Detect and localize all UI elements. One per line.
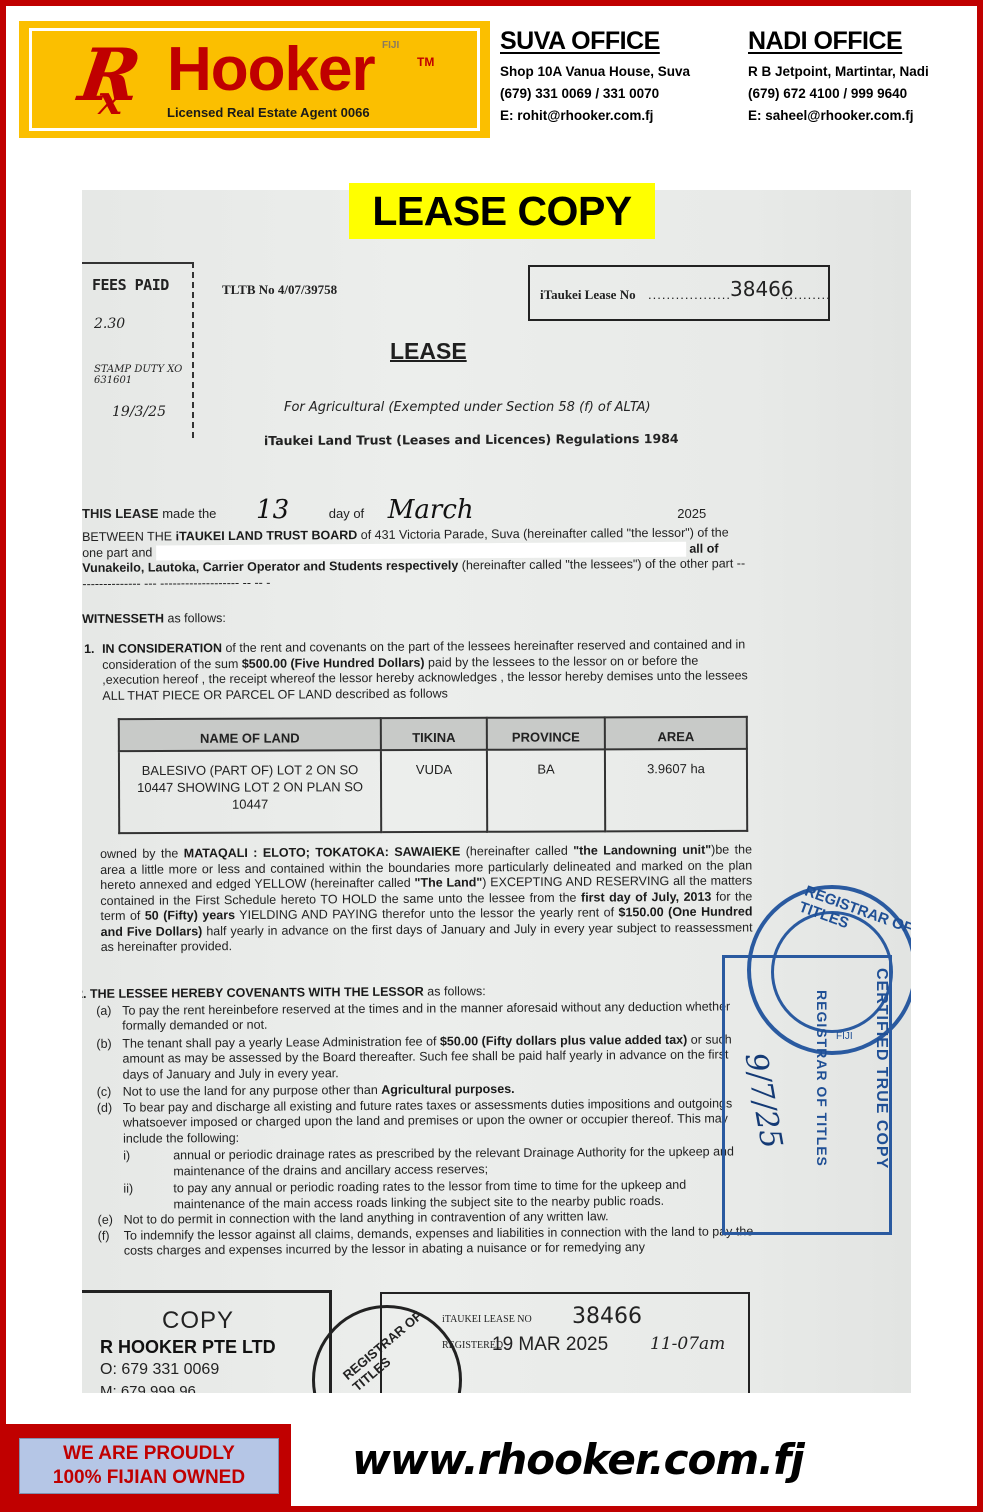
witnesseth: WITNESSETH as follows: bbox=[82, 607, 747, 627]
column-header: PROVINCE bbox=[487, 717, 605, 749]
para-bold: "the Landowning unit" bbox=[573, 843, 711, 858]
cell-province: BA bbox=[487, 749, 605, 831]
cell-land-name: BALESIVO (PART OF) LOT 2 ON SO 10447 SHO… bbox=[119, 750, 381, 833]
item-text: Not to use the land for any purpose othe… bbox=[123, 1083, 382, 1099]
para-bold: "The Land" bbox=[414, 875, 482, 889]
office-address: Shop 10A Vanua House, Suva bbox=[500, 61, 690, 83]
logo-monogram-x: x bbox=[98, 77, 122, 124]
item-label: (b) bbox=[96, 1036, 111, 1052]
item-label: i) bbox=[123, 1149, 130, 1165]
column-header: NAME OF LAND bbox=[119, 718, 381, 751]
made-day-of: day of bbox=[329, 506, 364, 521]
clause-2-item-b: (b) The tenant shall pay a yearly Lease … bbox=[82, 1032, 757, 1083]
para-text: owned by the bbox=[100, 846, 184, 861]
certified-text: CERTIFIED TRUE COPY bbox=[872, 968, 890, 1169]
clause-number: 1. bbox=[84, 642, 95, 658]
column-header: AREA bbox=[605, 717, 747, 749]
office-email[interactable]: E: saheel@rhooker.com.fj bbox=[748, 105, 929, 127]
clause-2-item-d: (d) To bear pay and discharge all existi… bbox=[82, 1096, 757, 1147]
item-text: To indemnify the lessor against all clai… bbox=[124, 1224, 754, 1258]
fees-paid-stamp: FEES PAID 2.30 STAMP DUTY XO 631601 19/3… bbox=[82, 262, 194, 438]
item-text: annual or periodic drainage rates as pre… bbox=[173, 1144, 734, 1177]
logo-country-tag: FIJI bbox=[382, 40, 399, 51]
copy-office-phone: O: 679 331 0069 bbox=[100, 1361, 219, 1379]
between-text: BETWEEN THE bbox=[82, 529, 176, 544]
logo-brand: Hooker bbox=[167, 37, 375, 103]
land-description-table: NAME OF LAND TIKINA PROVINCE AREA BALESI… bbox=[118, 716, 748, 834]
reg-lease-label: iTAUKEI LEASE NO bbox=[442, 1314, 532, 1325]
fees-amount: 2.30 bbox=[94, 316, 125, 332]
made-year: 2025 bbox=[677, 506, 706, 521]
made-month: March bbox=[388, 495, 474, 525]
lease-no-label: iTaukei Lease No bbox=[540, 287, 636, 303]
registrar-text: REGISTRAR OF TITLES bbox=[814, 990, 830, 1167]
table-row: BALESIVO (PART OF) LOT 2 ON SO 10447 SHO… bbox=[119, 749, 747, 833]
clause-1: 1. IN CONSIDERATION of the rent and cove… bbox=[84, 637, 749, 704]
made-day: 13 bbox=[256, 495, 289, 525]
all-of: all of bbox=[686, 541, 719, 555]
rhooker-copy-stamp: COPY R HOOKER PTE LTD O: 679 331 0069 M:… bbox=[82, 1290, 332, 1393]
permitted-use: Agricultural purposes. bbox=[381, 1082, 514, 1097]
lessees-location: Vunakeilo, Lautoka, Carrier Operator and… bbox=[82, 558, 458, 575]
owned-paragraph: owned by the MATAQALI : ELOTO; TOKATOKA:… bbox=[100, 842, 753, 955]
clause-2-item-d-ii: ii) to pay any annual or periodic roadin… bbox=[82, 1177, 758, 1213]
landowning-unit: MATAQALI : ELOTO; TOKATOKA: SAWAIEKE bbox=[184, 844, 461, 860]
document-title: LEASE bbox=[390, 338, 467, 365]
cell-tikina: VUDA bbox=[381, 750, 487, 832]
column-header: TIKINA bbox=[381, 718, 487, 750]
fees-date: 19/3/25 bbox=[112, 404, 166, 420]
clause-2: 2. THE LESSEE HEREBY COVENANTS WITH THE … bbox=[82, 982, 758, 1259]
clause-bold: THE LESSEE HEREBY COVENANTS WITH THE LES… bbox=[90, 985, 424, 1001]
reg-date: 19 MAR 2025 bbox=[492, 1334, 608, 1356]
para-text: (hereinafter called bbox=[460, 844, 573, 859]
dotted-leader: ........... bbox=[780, 287, 831, 302]
item-label: (a) bbox=[96, 1003, 111, 1019]
item-label: ii) bbox=[123, 1182, 133, 1198]
proud-line-1: WE ARE PROUDLY bbox=[63, 1442, 235, 1466]
witnesseth-rest: as follows: bbox=[164, 611, 226, 625]
logo-inner: R x Hooker FIJI TM Licensed Real Estate … bbox=[29, 28, 480, 131]
admin-fee: $50.00 (Fifty dollars plus value added t… bbox=[440, 1032, 687, 1048]
dotted-leader: .................. bbox=[648, 287, 731, 302]
fijian-owned-badge: WE ARE PROUDLY 100% FIJIAN OWNED bbox=[19, 1438, 279, 1494]
clause-bold: IN CONSIDERATION bbox=[102, 641, 222, 656]
suva-office: SUVA OFFICE Shop 10A Vanua House, Suva (… bbox=[500, 27, 690, 127]
table-header-row: NAME OF LAND TIKINA PROVINCE AREA bbox=[119, 717, 747, 751]
scanned-lease-document: FEES PAID 2.30 STAMP DUTY XO 631601 19/3… bbox=[82, 190, 911, 1393]
made-prefix: THIS LEASE bbox=[82, 506, 159, 521]
logo-trademark: TM bbox=[417, 55, 434, 69]
office-phone: (679) 331 0069 / 331 0070 bbox=[500, 83, 690, 105]
reg-lease-no: 38466 bbox=[572, 1304, 642, 1329]
copy-company: R HOOKER PTE LTD bbox=[100, 1337, 276, 1358]
item-label: (f) bbox=[98, 1228, 110, 1244]
lease-term: 50 (Fifty) years bbox=[145, 908, 235, 923]
itaukei-lease-no-box: iTaukei Lease No .................. 3846… bbox=[528, 265, 830, 321]
item-text: To bear pay and discharge all existing a… bbox=[123, 1096, 732, 1145]
item-label: (d) bbox=[97, 1100, 112, 1116]
reg-time: 11-07am bbox=[650, 1334, 725, 1354]
registration-stamp: iTAUKEI LEASE NO 38466 REGISTERED 19 MAR… bbox=[380, 1292, 750, 1393]
clause-text: as follows: bbox=[424, 984, 486, 998]
lease-made-line: THIS LEASE made the 13 day of March 2025 bbox=[82, 495, 842, 525]
regulations-line: iTaukei Land Trust (Leases and Licences)… bbox=[264, 431, 679, 448]
website-link[interactable]: www.rhooker.com.fj bbox=[352, 1435, 804, 1484]
between-paragraph: BETWEEN THE iTAUKEI LAND TRUST BOARD of … bbox=[82, 525, 747, 592]
copy-mobile: M: 679 999 96 bbox=[100, 1383, 196, 1393]
office-email[interactable]: E: rohit@rhooker.com.fj bbox=[500, 105, 690, 127]
clause-bold: $500.00 (Five Hundred Dollars) bbox=[242, 655, 425, 670]
fees-title: FEES PAID bbox=[92, 276, 169, 294]
logo-license: Licensed Real Estate Agent 0066 bbox=[167, 105, 370, 120]
proud-line-2: 100% FIJIAN OWNED bbox=[53, 1466, 245, 1490]
clause-2-item-d-i: i) annual or periodic drainage rates as … bbox=[82, 1144, 757, 1180]
certified-true-copy-stamp: REGISTRAR OF TITLES FIJI CERTIFIED TRUE … bbox=[722, 880, 911, 1240]
lease-copy-banner: LEASE COPY bbox=[349, 183, 655, 239]
board-name: iTAUKEI LAND TRUST BOARD bbox=[176, 528, 358, 543]
document-subtitle: For Agricultural (Exempted under Section… bbox=[284, 400, 651, 415]
office-phone: (679) 672 4100 / 999 9640 bbox=[748, 83, 929, 105]
clause-2-item-f: (f) To indemnify the lessor against all … bbox=[82, 1224, 758, 1260]
copy-title: COPY bbox=[162, 1307, 234, 1335]
para-text: YIELDING AND PAYING therefor unto the le… bbox=[235, 905, 619, 922]
clause-2-item-a: (a) To pay the rent hereinbefore reserve… bbox=[82, 999, 756, 1035]
nadi-office: NADI OFFICE R B Jetpoint, Martintar, Nad… bbox=[748, 27, 929, 127]
item-label: (c) bbox=[97, 1085, 112, 1101]
rhooker-logo[interactable]: R x Hooker FIJI TM Licensed Real Estate … bbox=[19, 21, 490, 138]
item-text: to pay any annual or periodic roading ra… bbox=[173, 1178, 686, 1211]
office-address: R B Jetpoint, Martintar, Nadi bbox=[748, 61, 929, 83]
cell-area: 3.9607 ha bbox=[605, 749, 747, 831]
made-the: made the bbox=[162, 506, 216, 521]
item-label: (e) bbox=[98, 1213, 113, 1229]
item-text: To pay the rent hereinbefore reserved at… bbox=[122, 999, 730, 1033]
tltb-number: TLTB No 4/07/39758 bbox=[222, 282, 337, 298]
clause-number: 2. bbox=[82, 987, 87, 1001]
stamp-duty: STAMP DUTY XO 631601 bbox=[94, 364, 192, 386]
witnesseth-bold: WITNESSETH bbox=[82, 611, 164, 626]
item-text: Not to do permit in connection with the … bbox=[124, 1209, 609, 1226]
office-name: SUVA OFFICE bbox=[500, 27, 690, 56]
lease-start-date: first day of July, 2013 bbox=[581, 889, 711, 904]
office-name: NADI OFFICE bbox=[748, 27, 929, 56]
item-text: The tenant shall pay a yearly Lease Admi… bbox=[122, 1034, 440, 1050]
